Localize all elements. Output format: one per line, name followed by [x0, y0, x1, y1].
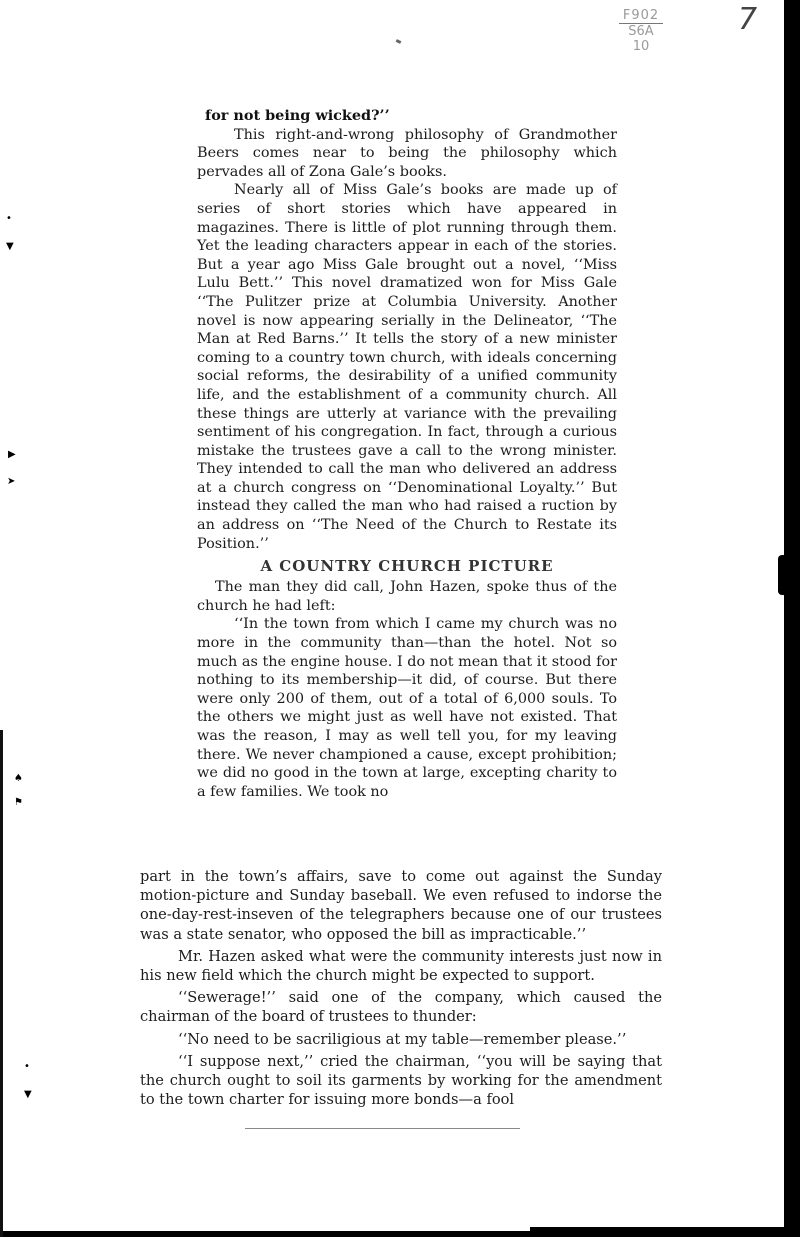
archive-mark: F902 S6A 10: [606, 8, 676, 54]
margin-mark-icon: ▶: [8, 450, 16, 460]
margin-mark-icon: •: [6, 214, 12, 224]
scan-left-edge: [0, 730, 3, 1237]
pencil-underline: [245, 1128, 520, 1129]
margin-mark-icon: •: [24, 1062, 30, 1072]
archive-folder: 10: [606, 39, 676, 54]
paragraph: The man they did call, John Hazen, spoke…: [197, 578, 617, 615]
scan-bottom-edge-right: [530, 1227, 800, 1237]
paragraph: ‘‘Sewerage!’’ said one of the company, w…: [140, 988, 662, 1026]
archive-call-number: F902: [619, 8, 663, 24]
scan-edge-notch: [778, 555, 786, 595]
scan-right-edge: [784, 0, 800, 1237]
opening-line: for not being wicked?’’: [197, 107, 617, 126]
archive-box: S6A: [606, 24, 676, 39]
margin-mark-icon: ▼: [6, 242, 14, 252]
paragraph: ‘‘No need to be sacriligious at my table…: [140, 1030, 662, 1049]
scan-speck: [396, 39, 402, 44]
page-number: 7: [738, 2, 757, 37]
margin-mark-icon: ▼: [24, 1090, 32, 1100]
margin-mark-icon: ♠: [14, 774, 23, 784]
margin-mark-icon: ⚑: [14, 798, 23, 808]
article-column: for not being wicked?’’ This right-and-w…: [197, 107, 617, 801]
paragraph: ‘‘I suppose next,’’ cried the chairman, …: [140, 1052, 662, 1110]
section-heading: A COUNTRY CHURCH PICTURE: [197, 556, 617, 576]
margin-mark-icon: ➤: [7, 477, 15, 487]
paragraph: part in the town’s affairs, save to come…: [140, 867, 662, 944]
paragraph: ‘‘In the town from which I came my churc…: [197, 615, 617, 801]
paragraph: Mr. Hazen asked what were the community …: [140, 947, 662, 985]
paragraph: This right-and-wrong philosophy of Grand…: [197, 126, 617, 182]
article-wide-text: part in the town’s affairs, save to come…: [140, 867, 662, 1112]
paragraph: Nearly all of Miss Gale’s books are made…: [197, 181, 617, 553]
